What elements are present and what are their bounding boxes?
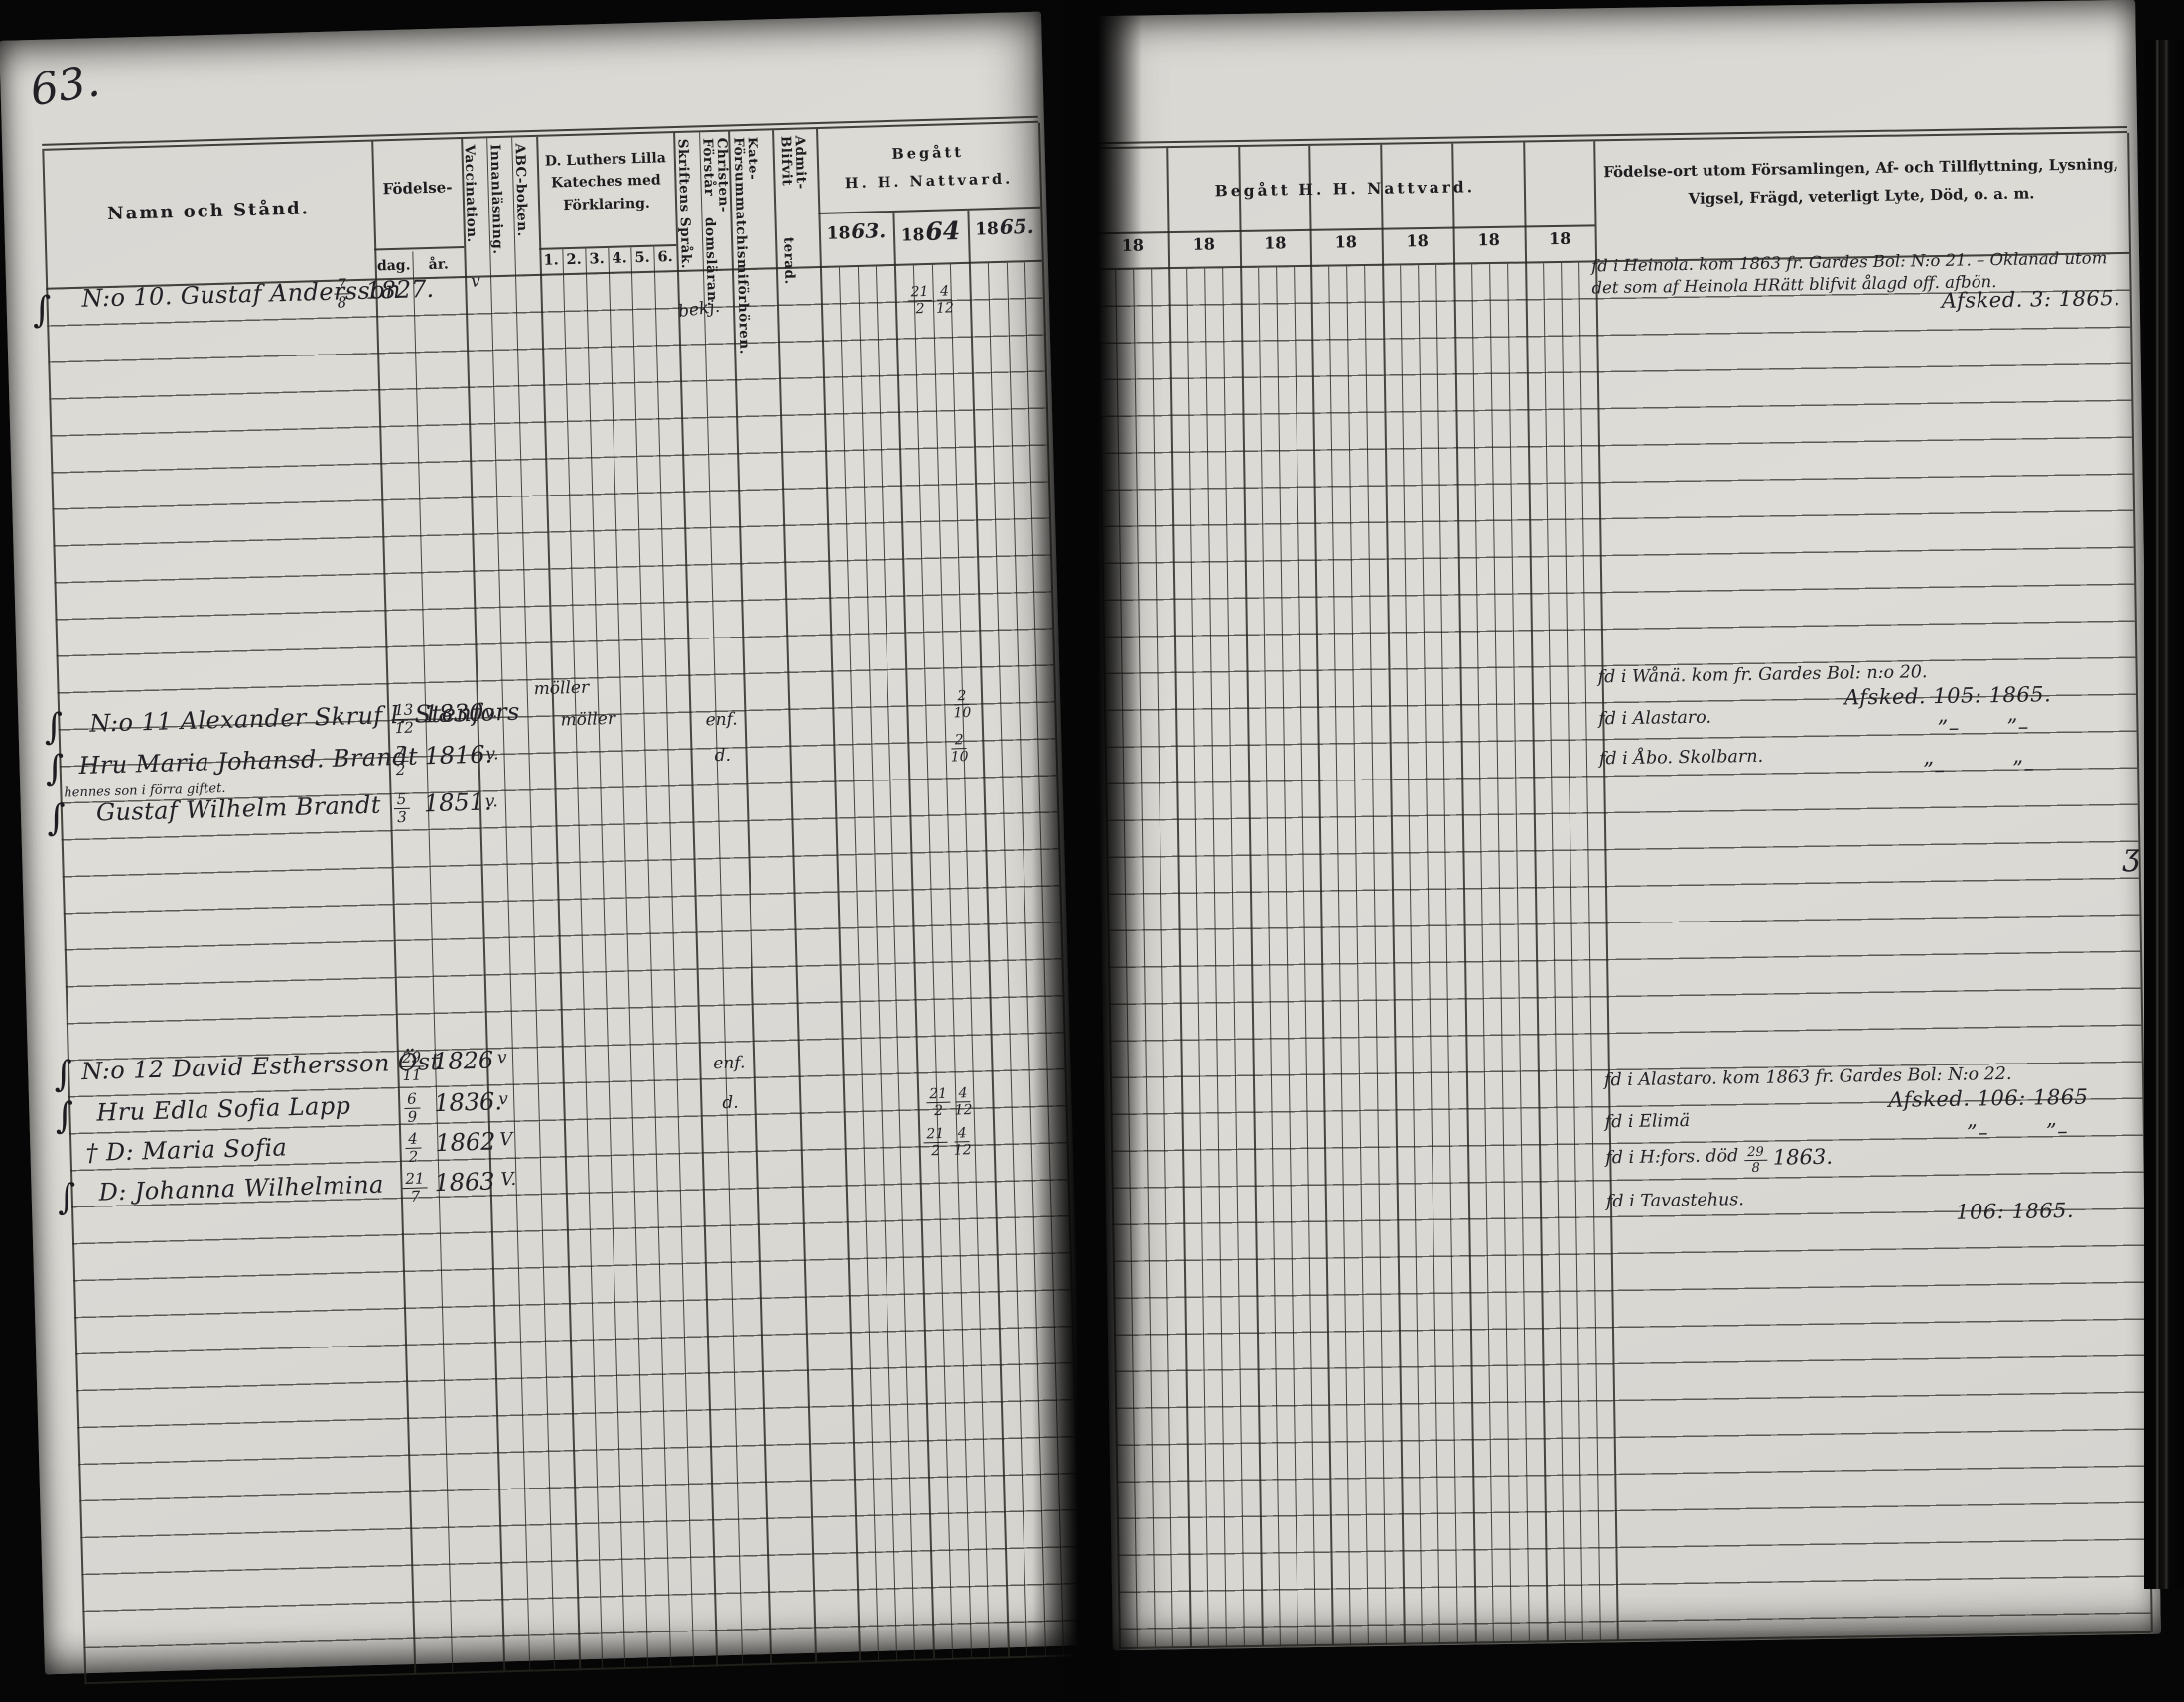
header-blifvit-admitterad: Blifvit Admit- terad. (778, 135, 820, 285)
frac-denominator: 2 (915, 301, 924, 316)
margin-mark: ∫ (32, 290, 52, 332)
skriftens-mark-no11-p2: d. (714, 746, 731, 766)
ruled-rows-right (1097, 254, 2151, 1648)
frac-numerator: 4 (955, 1126, 970, 1142)
header-notes-title: Födelse-ort utom Församlingen, Af- och T… (1593, 151, 2128, 214)
frac-denominator: 10 (951, 749, 969, 764)
frac-denominator: 12 (954, 1102, 972, 1117)
skriftens-mark-no12-p2: d. (722, 1093, 739, 1113)
frac-denominator: 7 (410, 1189, 420, 1205)
birth-day-no12-p3: 4 2 (405, 1132, 421, 1165)
note-text: 1863. (1773, 1145, 1833, 1170)
frac-numerator: 21 (907, 285, 931, 302)
page-stack-edge (2144, 40, 2184, 1589)
frac-numerator: 13 (391, 703, 417, 721)
header-innanlasning-text: Innanläsning. (487, 144, 514, 255)
birth-year-no12-p3: 1862 (435, 1127, 496, 1157)
frac-numerator: 5 (394, 792, 410, 809)
margin-mark: ∫ (47, 797, 67, 839)
year-printed: 18 (826, 223, 850, 244)
forstar-line2: domsläran. (702, 217, 732, 307)
communion-1864-no12-p1-a: 21 2 (926, 1087, 951, 1119)
birth-day-no12-p4: 21 7 (402, 1171, 428, 1205)
kateches-col-3: 3. (585, 250, 608, 268)
header-vaccination-text: Vaccination. (462, 144, 489, 243)
grid-line-horizontal (374, 246, 464, 250)
communion-1864-no10-b: 4 12 (935, 284, 954, 315)
ditto-mark: ”– (2006, 715, 2029, 739)
kateches-mark-1: möller (533, 678, 589, 700)
frac-numerator: 29 (399, 1050, 425, 1067)
note-no11-p3: fd i Åbo. Skolbarn. (1599, 747, 1763, 770)
birth-day-no11-p3: 5 3 (394, 792, 410, 825)
frac-numerator: 2 (952, 733, 967, 749)
header-ar: år. (412, 252, 465, 277)
note-no10-afsked: Afsked. 3: 1865. (1942, 286, 2121, 313)
frac-numerator: 4 (405, 1132, 421, 1149)
communion-1864-no11-p2: 2 10 (950, 733, 969, 764)
year-cell: 18 (1382, 231, 1453, 251)
kateches-col-5: 5. (630, 249, 653, 267)
left-grid-layer (0, 12, 1041, 41)
kateches-col-6: 6. (653, 248, 676, 266)
frac-denominator: 2 (409, 1149, 419, 1165)
year-cell: 18 (1310, 232, 1382, 252)
birth-year-no12-p1: 1826 (433, 1046, 494, 1075)
birth-day-no11-p1: 13 12 (391, 703, 417, 737)
communion-1864-no12-p2-b: 4 12 (953, 1126, 972, 1157)
margin-mark: ∫ (44, 706, 64, 748)
note-no12-p2: fd i Elimä (1605, 1111, 1691, 1132)
frac-numerator: 7 (392, 745, 408, 762)
note-no11-p2: fd i Alastaro. (1598, 708, 1711, 730)
note-no12-p1-afsked: Afsked. 106: 1865 (1888, 1085, 2088, 1112)
scanned-church-record: { "page_number": "63.", "left": { "namn_… (0, 0, 2184, 1702)
year-written: 63. (851, 218, 886, 243)
year-written: 65. (999, 214, 1033, 239)
frac-denominator: 10 (953, 705, 971, 720)
header-kateches: D. Luthers Lilla Kateches med Förklaring… (537, 147, 676, 217)
margin-mark: ∫ (57, 1177, 76, 1218)
birth-year-no11-p2: 1816. (424, 740, 492, 770)
frac-numerator: 21 (926, 1087, 950, 1104)
communion-1864-no12-p1-b: 4 12 (954, 1086, 973, 1117)
year-written: 64 (925, 216, 961, 246)
frac-denominator: 3 (397, 809, 407, 825)
communion-1864-no10-a: 21 2 (907, 285, 932, 317)
left-page: 63. Namn och Stånd. Födelse- dag. år. Va… (0, 12, 1087, 1675)
birth-day-no11-p2: 7 2 (392, 745, 408, 778)
frac-denominator: 2 (931, 1143, 940, 1158)
forstar-line1: Förstår Christen- (700, 138, 730, 218)
frac-numerator: 2 (954, 689, 969, 705)
kateches-mark-2: möller (560, 709, 615, 731)
year-cell: 18 (1097, 235, 1168, 255)
frac-denominator: 8 (337, 294, 346, 310)
frac-numerator: 6 (404, 1092, 420, 1109)
ditto-mark: ”– (1967, 1120, 1989, 1144)
ditto-mark: ”– (1937, 716, 1960, 740)
frac-denominator: 12 (954, 1142, 972, 1157)
margin-mark: ∫ (45, 748, 65, 789)
vaccination-mark-no11-p2: v. (485, 744, 499, 764)
vaccination-mark-no11-p3: v. (485, 791, 499, 811)
note-no12-p4-number: 106: 1865. (1956, 1199, 2074, 1224)
margin-squiggle: ʒ (2122, 838, 2139, 873)
frac-numerator: 21 (923, 1127, 947, 1144)
margin-mark: ∫ (55, 1095, 74, 1137)
right-page: Begått H. H. Nattvard. 18 18 18 18 18 18… (1087, 0, 2161, 1650)
birth-year-no12-p4: 1863 (434, 1167, 495, 1197)
ruled-rows-left (46, 262, 1081, 1683)
kateches-line2: Kateches med (537, 169, 675, 195)
page-number: 63. (27, 56, 103, 116)
header-fodelse: Födelse- (372, 167, 463, 209)
vaccination-mark-no10: v (471, 272, 480, 292)
note-no12-p4: fd i Tavastehus. (1606, 1190, 1744, 1211)
year-printed: 18 (975, 219, 999, 240)
header-forstar: Förstår Christen- domsläran. (700, 138, 733, 308)
vaccination-mark-no12-p2: v (498, 1089, 508, 1109)
vaccination-mark-no12-p1: v (497, 1048, 507, 1067)
skriftens-mark-no11-p1: enf. (705, 709, 738, 730)
birth-day-no10: 7 8 (334, 277, 349, 310)
year-cell-1864: 1864 (893, 216, 969, 260)
year-cell: 18 (1525, 228, 1595, 248)
frac-denominator: 8 (1751, 1161, 1760, 1175)
vaccination-mark-no12-p3: V (499, 1129, 513, 1150)
skriftens-mark-no12-p1: enf. (713, 1053, 746, 1073)
frac-denominator: 11 (402, 1067, 422, 1084)
frac-denominator: 2 (396, 762, 406, 778)
birth-year-no11-p3: 1851. (423, 787, 491, 817)
header-skriftens-text: Skriftens Språk. (675, 138, 703, 269)
header-kateches-numbers: 1. 2. 3. 4. 5. 6. (539, 248, 676, 269)
ditto-mark: ”– (1923, 758, 1946, 781)
blifvit-line2: terad. (781, 236, 820, 285)
header-forsummat: Försummat Kate- chismiförhören. (731, 136, 777, 311)
note-no11-p1-afsked: Afsked. 105: 1865. (1844, 682, 2052, 709)
frac-numerator: 7 (334, 277, 349, 294)
frac-numerator: 4 (937, 284, 952, 300)
kateches-col-2: 2. (562, 251, 585, 269)
ditto-mark: ”– (2046, 1119, 2069, 1143)
forsummat-line2: chismiförhören. (734, 226, 779, 355)
header-namn-och-stand: Namn och Stånd. (42, 142, 375, 280)
kateches-line3: Förklaring. (538, 192, 676, 217)
communion-1864-no12-p2-a: 21 2 (923, 1127, 948, 1159)
frac-denominator: 12 (394, 720, 414, 737)
frac-denominator: 2 (934, 1103, 943, 1118)
year-cell: 18 (1453, 230, 1525, 250)
frac-numerator: 29 (1744, 1146, 1767, 1161)
grid-line-horizontal (818, 207, 1040, 214)
year-cell-1865: 1865. (968, 214, 1042, 258)
blifvit-line1: Blifvit Admit- (778, 135, 819, 237)
entry-name-no12-p3: † D: Maria Sofia (85, 1133, 287, 1167)
note-no12-p3: fd i H:fors. död 29 8 1863. (1605, 1145, 1833, 1178)
birth-day-no12-p2: 6 9 (404, 1092, 420, 1125)
header-begatt-right: Begått H. H. Nattvard. (1095, 145, 1594, 230)
note-text: fd i H:fors. död (1605, 1146, 1738, 1168)
year-printed: 18 (901, 225, 925, 246)
kateches-col-1: 1. (539, 251, 562, 269)
communion-1864-no11-p1: 2 10 (953, 689, 972, 720)
ditto-mark: ”– (2012, 757, 2035, 780)
frac-numerator: 21 (402, 1171, 428, 1189)
vaccination-mark-no11-p1: v. (484, 702, 498, 722)
kateches-col-4: 4. (608, 249, 630, 267)
birth-year-no11-p1: 1830 (423, 699, 484, 729)
begatt-line2: H. H. Nattvard. (817, 164, 1040, 198)
forsummat-line1: Försummat Kate- (731, 136, 775, 227)
year-cell-1863: 1863. (819, 218, 894, 262)
frac-denominator: 12 (936, 300, 954, 315)
vaccination-mark-no12-p4: V. (500, 1169, 516, 1190)
birth-year-no10: 1827. (365, 275, 434, 305)
header-abc-boken-text: ABC-boken. (512, 143, 539, 237)
birth-day-no12-p1: 29 11 (399, 1050, 425, 1083)
frac-numerator: 4 (955, 1086, 970, 1102)
margin-mark: ∫ (54, 1054, 73, 1095)
frac-denominator: 9 (407, 1109, 417, 1125)
death-date-frac: 29 8 (1744, 1146, 1767, 1175)
right-grid-layer (1087, 0, 2135, 16)
birth-year-no12-p2: 1836. (434, 1087, 502, 1117)
year-cell: 18 (1168, 234, 1240, 254)
header-begatt-left: Begått H. H. Nattvard. (816, 137, 1039, 198)
year-cell: 18 (1240, 233, 1310, 253)
